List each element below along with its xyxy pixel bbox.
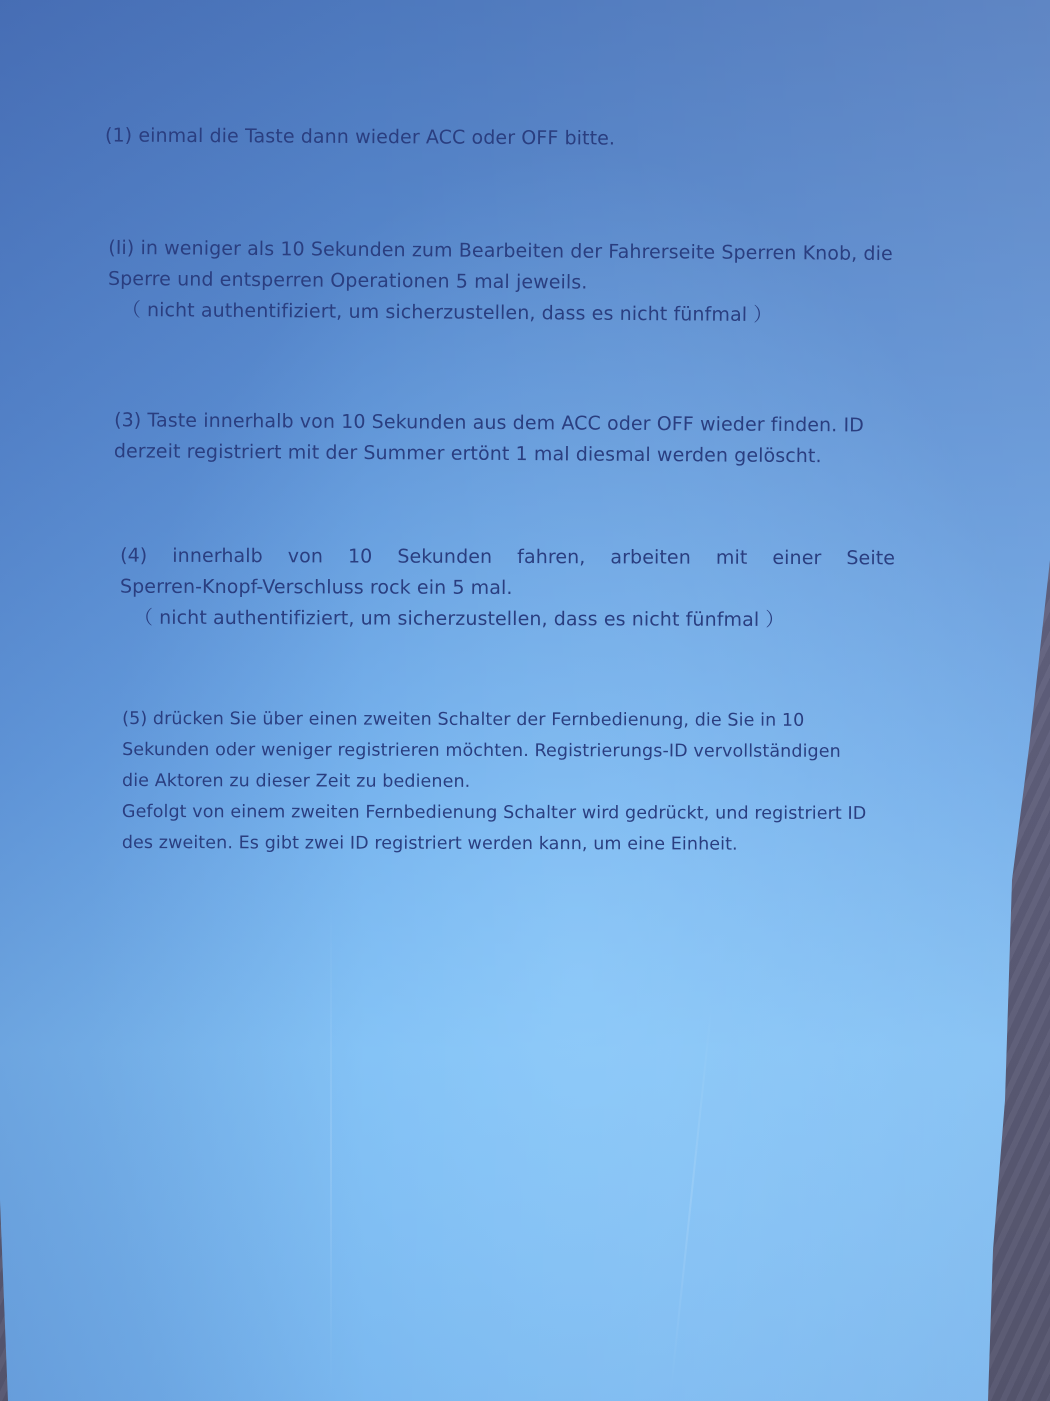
section-2: (Ii) in weniger als 10 Sekunden zum Bear… (108, 233, 914, 332)
word: einer (772, 543, 821, 574)
section-1: (1) einmal die Taste dann wieder ACC ode… (105, 120, 615, 154)
section-5-line: die Aktoren zu dieser Zeit zu bedienen. (122, 766, 897, 799)
word: von (288, 541, 323, 572)
word: Seite (846, 543, 895, 574)
section-5-line: (5) drücken Sie über einen zweiten Schal… (122, 704, 897, 737)
section-3-line: derzeit registriert mit der Summer ertön… (114, 436, 904, 473)
section-5-line: Sekunden oder weniger registrieren möcht… (122, 735, 897, 768)
word: Sekunden (397, 542, 492, 573)
paper-sheet (0, 0, 1050, 1401)
section-1-line: (1) einmal die Taste dann wieder ACC ode… (105, 120, 615, 154)
section-4-line: Sperren-Knopf-Verschluss rock ein 5 mal. (120, 572, 895, 606)
word: 10 (348, 541, 372, 572)
section-5-line: des zweiten. Es gibt zwei ID registriert… (122, 828, 897, 861)
word: (4) (120, 541, 147, 572)
section-5: (5) drücken Sie über einen zweiten Schal… (122, 704, 897, 861)
word: innerhalb (172, 541, 263, 572)
section-3: (3) Taste innerhalb von 10 Sekunden aus … (114, 405, 904, 473)
paper-crease (669, 1001, 713, 1399)
section-4: (4) innerhalb von 10 Sekunden fahren, ar… (120, 541, 895, 637)
word: arbeiten (610, 542, 691, 573)
section-2-note: （ nicht authentifiziert, um sicherzustel… (108, 295, 913, 332)
section-4-note: （ nicht authentifiziert, um sicherzustel… (120, 603, 895, 637)
section-5-line: Gefolgt von einem zweiten Fernbedienung … (122, 797, 897, 830)
word: mit (716, 543, 748, 574)
word: fahren, (517, 542, 585, 573)
section-4-line-justified: (4) innerhalb von 10 Sekunden fahren, ar… (120, 541, 895, 575)
paper-crease (330, 900, 332, 1400)
